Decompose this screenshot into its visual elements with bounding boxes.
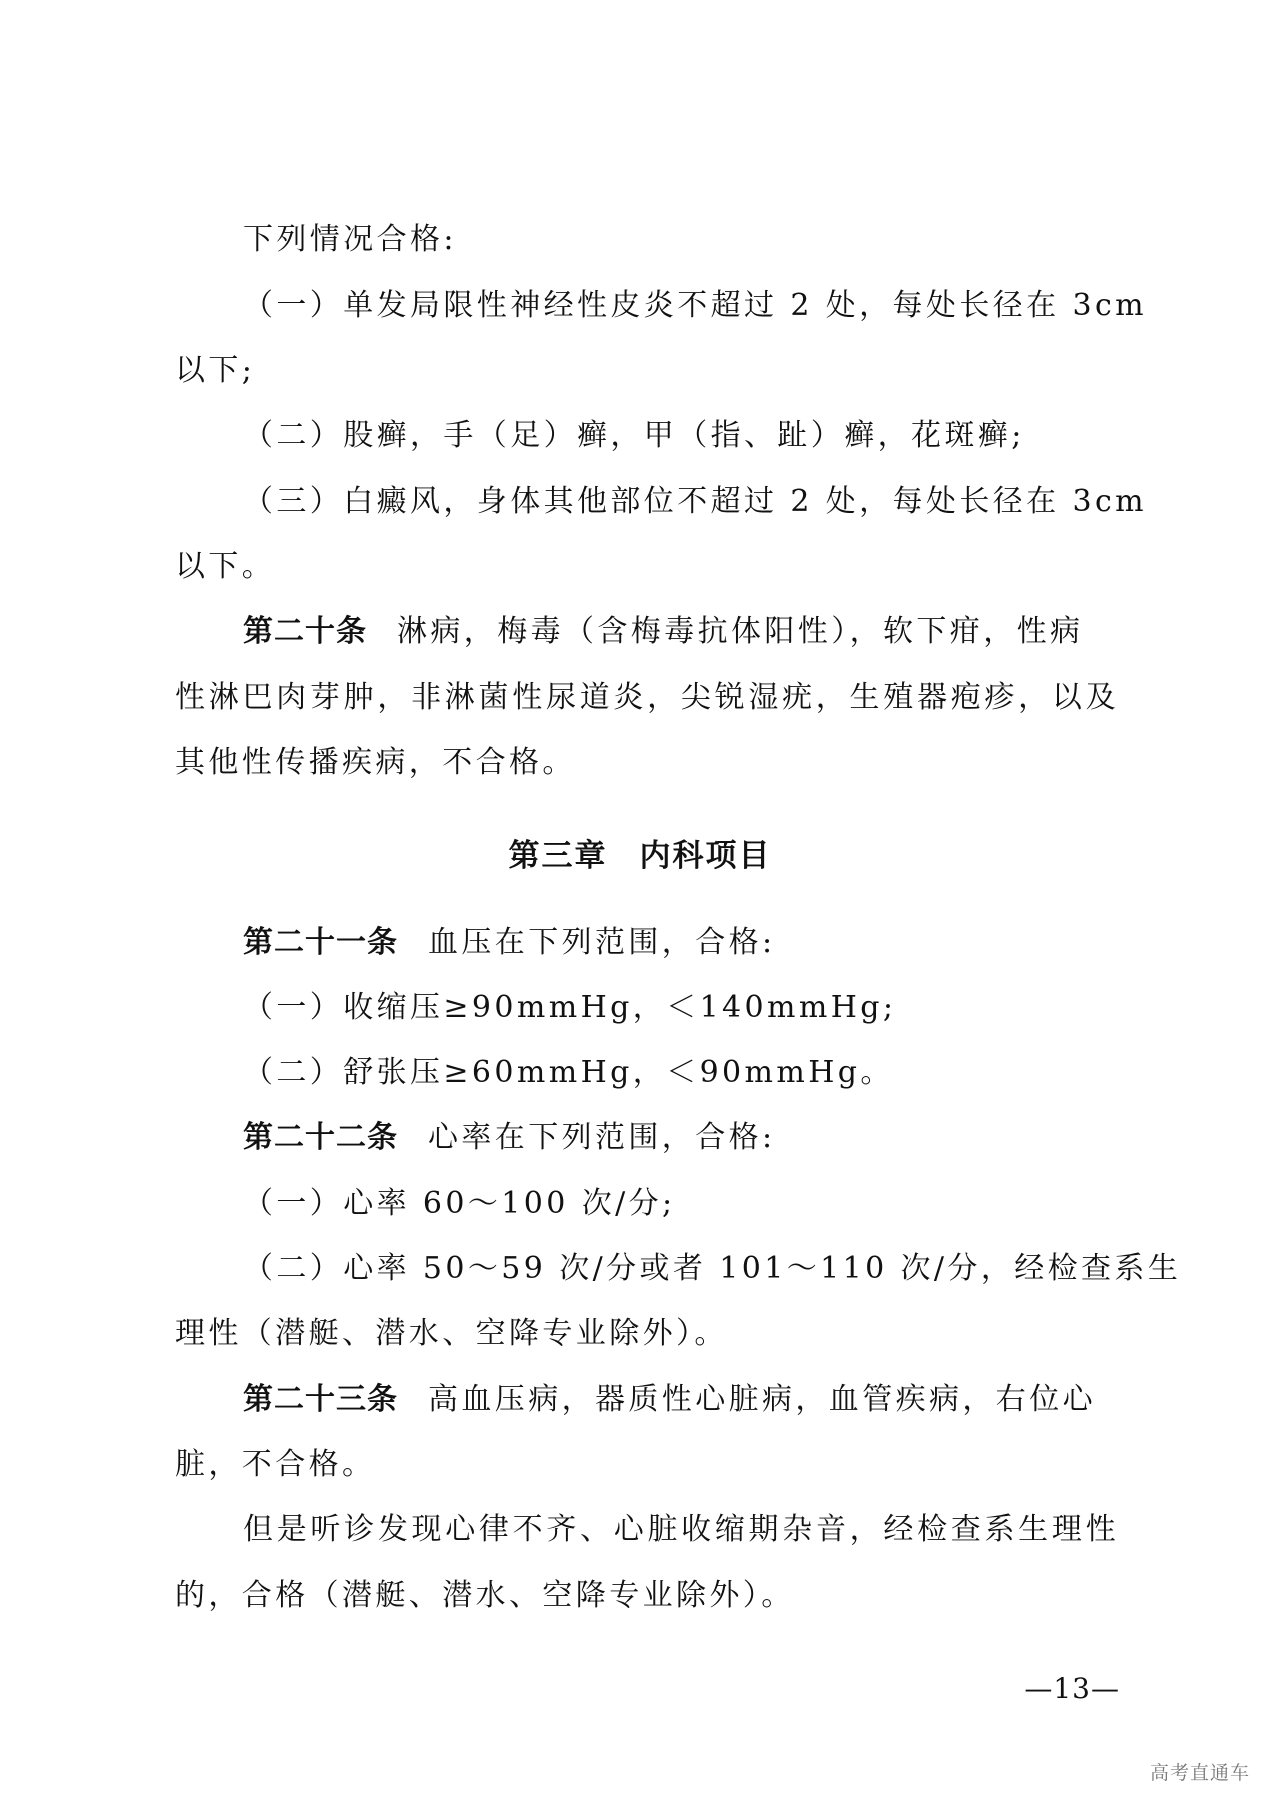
article-20-label: 第二十条 [243, 614, 367, 649]
article-23-text: 高血压病，器质性心脏病，血管疾病，右位心 [428, 1382, 1096, 1417]
article-22: 第二十二条心率在下列范围，合格: [243, 1120, 1119, 1156]
qualified-item-1: （一）单发局限性神经性皮炎不超过 2 处，每处长径在 3cm [243, 288, 1119, 324]
hr-item-1: （一）心率 60～100 次/分; [243, 1186, 1119, 1222]
qualified-item-2: （二）股癣，手（足）癣，甲（指、趾）癣，花斑癣; [243, 418, 1119, 454]
chapter-heading: 第三章内科项目 [0, 830, 1280, 875]
article-23-label: 第二十三条 [243, 1382, 398, 1417]
hr-item-2: （二）心率 50～59 次/分或者 101～110 次/分，经检查系生 [243, 1251, 1119, 1287]
article-23-line-2: 脏，不合格。 [175, 1447, 1119, 1483]
article-21-text: 血压在下列范围，合格: [428, 925, 776, 960]
bp-item-2: （二）舒张压≥60mmHg，＜90mmHg。 [243, 1055, 1119, 1091]
article-20-text: 淋病，梅毒（含梅毒抗体阳性），软下疳，性病 [397, 614, 1083, 649]
qualified-item-3-cont: 以下。 [175, 549, 1119, 585]
qualified-item-3: （三）白癜风，身体其他部位不超过 2 处，每处长径在 3cm [243, 484, 1119, 520]
chapter-title: 内科项目 [640, 838, 772, 874]
article-21-label: 第二十一条 [243, 925, 398, 960]
article-23: 第二十三条高血压病，器质性心脏病，血管疾病，右位心 [243, 1382, 1119, 1418]
article-20-line-2: 性淋巴肉芽肿，非淋菌性尿道炎，尖锐湿疣，生殖器疱疹，以及 [175, 680, 1119, 716]
article-22-label: 第二十二条 [243, 1120, 398, 1155]
article-23-note-cont: 的，合格（潜艇、潜水、空降专业除外）。 [175, 1578, 1119, 1614]
article-23-note: 但是听诊发现心律不齐、心脏收缩期杂音，经检查系生理性 [243, 1512, 1119, 1548]
chapter-number: 第三章 [509, 838, 608, 874]
intro-text: 下列情况合格: [243, 222, 1119, 258]
article-20-line-3: 其他性传播疾病，不合格。 [175, 745, 1119, 781]
watermark: 高考直通车 [1150, 1758, 1250, 1785]
bp-item-1: （一）收缩压≥90mmHg，＜140mmHg; [243, 990, 1119, 1026]
article-21: 第二十一条血压在下列范围，合格: [243, 925, 1119, 961]
document-page: 下列情况合格: （一）单发局限性神经性皮炎不超过 2 处，每处长径在 3cm 以… [0, 0, 1280, 1810]
article-20: 第二十条淋病，梅毒（含梅毒抗体阳性），软下疳，性病 [243, 614, 1119, 650]
hr-item-2-cont: 理性（潜艇、潜水、空降专业除外）。 [175, 1316, 1119, 1352]
article-22-text: 心率在下列范围，合格: [428, 1120, 776, 1155]
page-number: —13— [1024, 1672, 1120, 1705]
qualified-item-1-cont: 以下; [175, 353, 1119, 389]
